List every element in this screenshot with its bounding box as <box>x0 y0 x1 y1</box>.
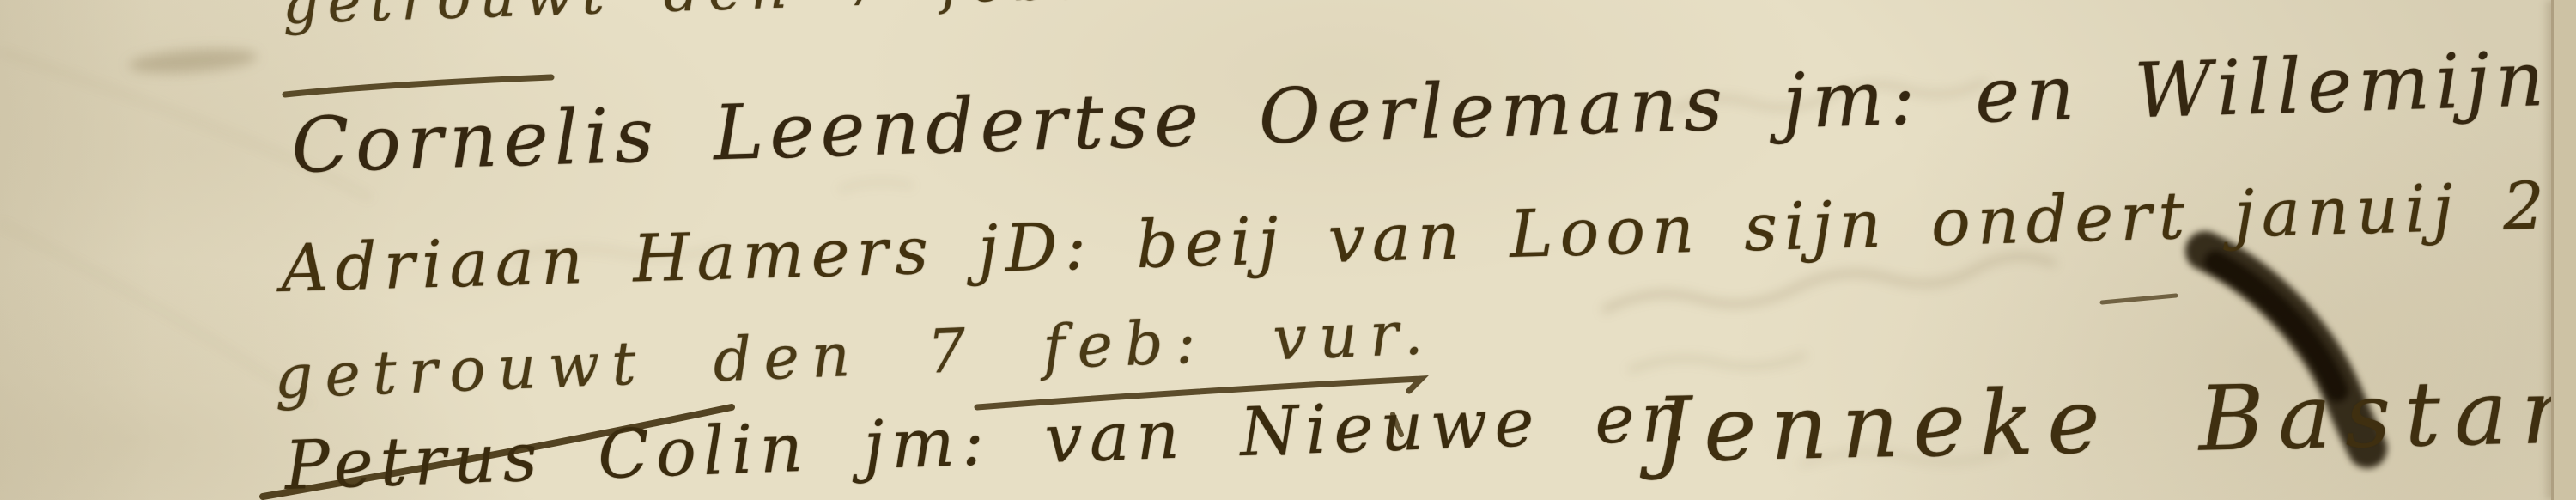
page-edge-strip <box>2551 0 2576 500</box>
register-page-scan: getrouwt den 7 feb: vur. Cornelis Leende… <box>0 0 2576 500</box>
line-next-entry-bride-name: Jenneke Bastart <box>1653 357 2576 483</box>
